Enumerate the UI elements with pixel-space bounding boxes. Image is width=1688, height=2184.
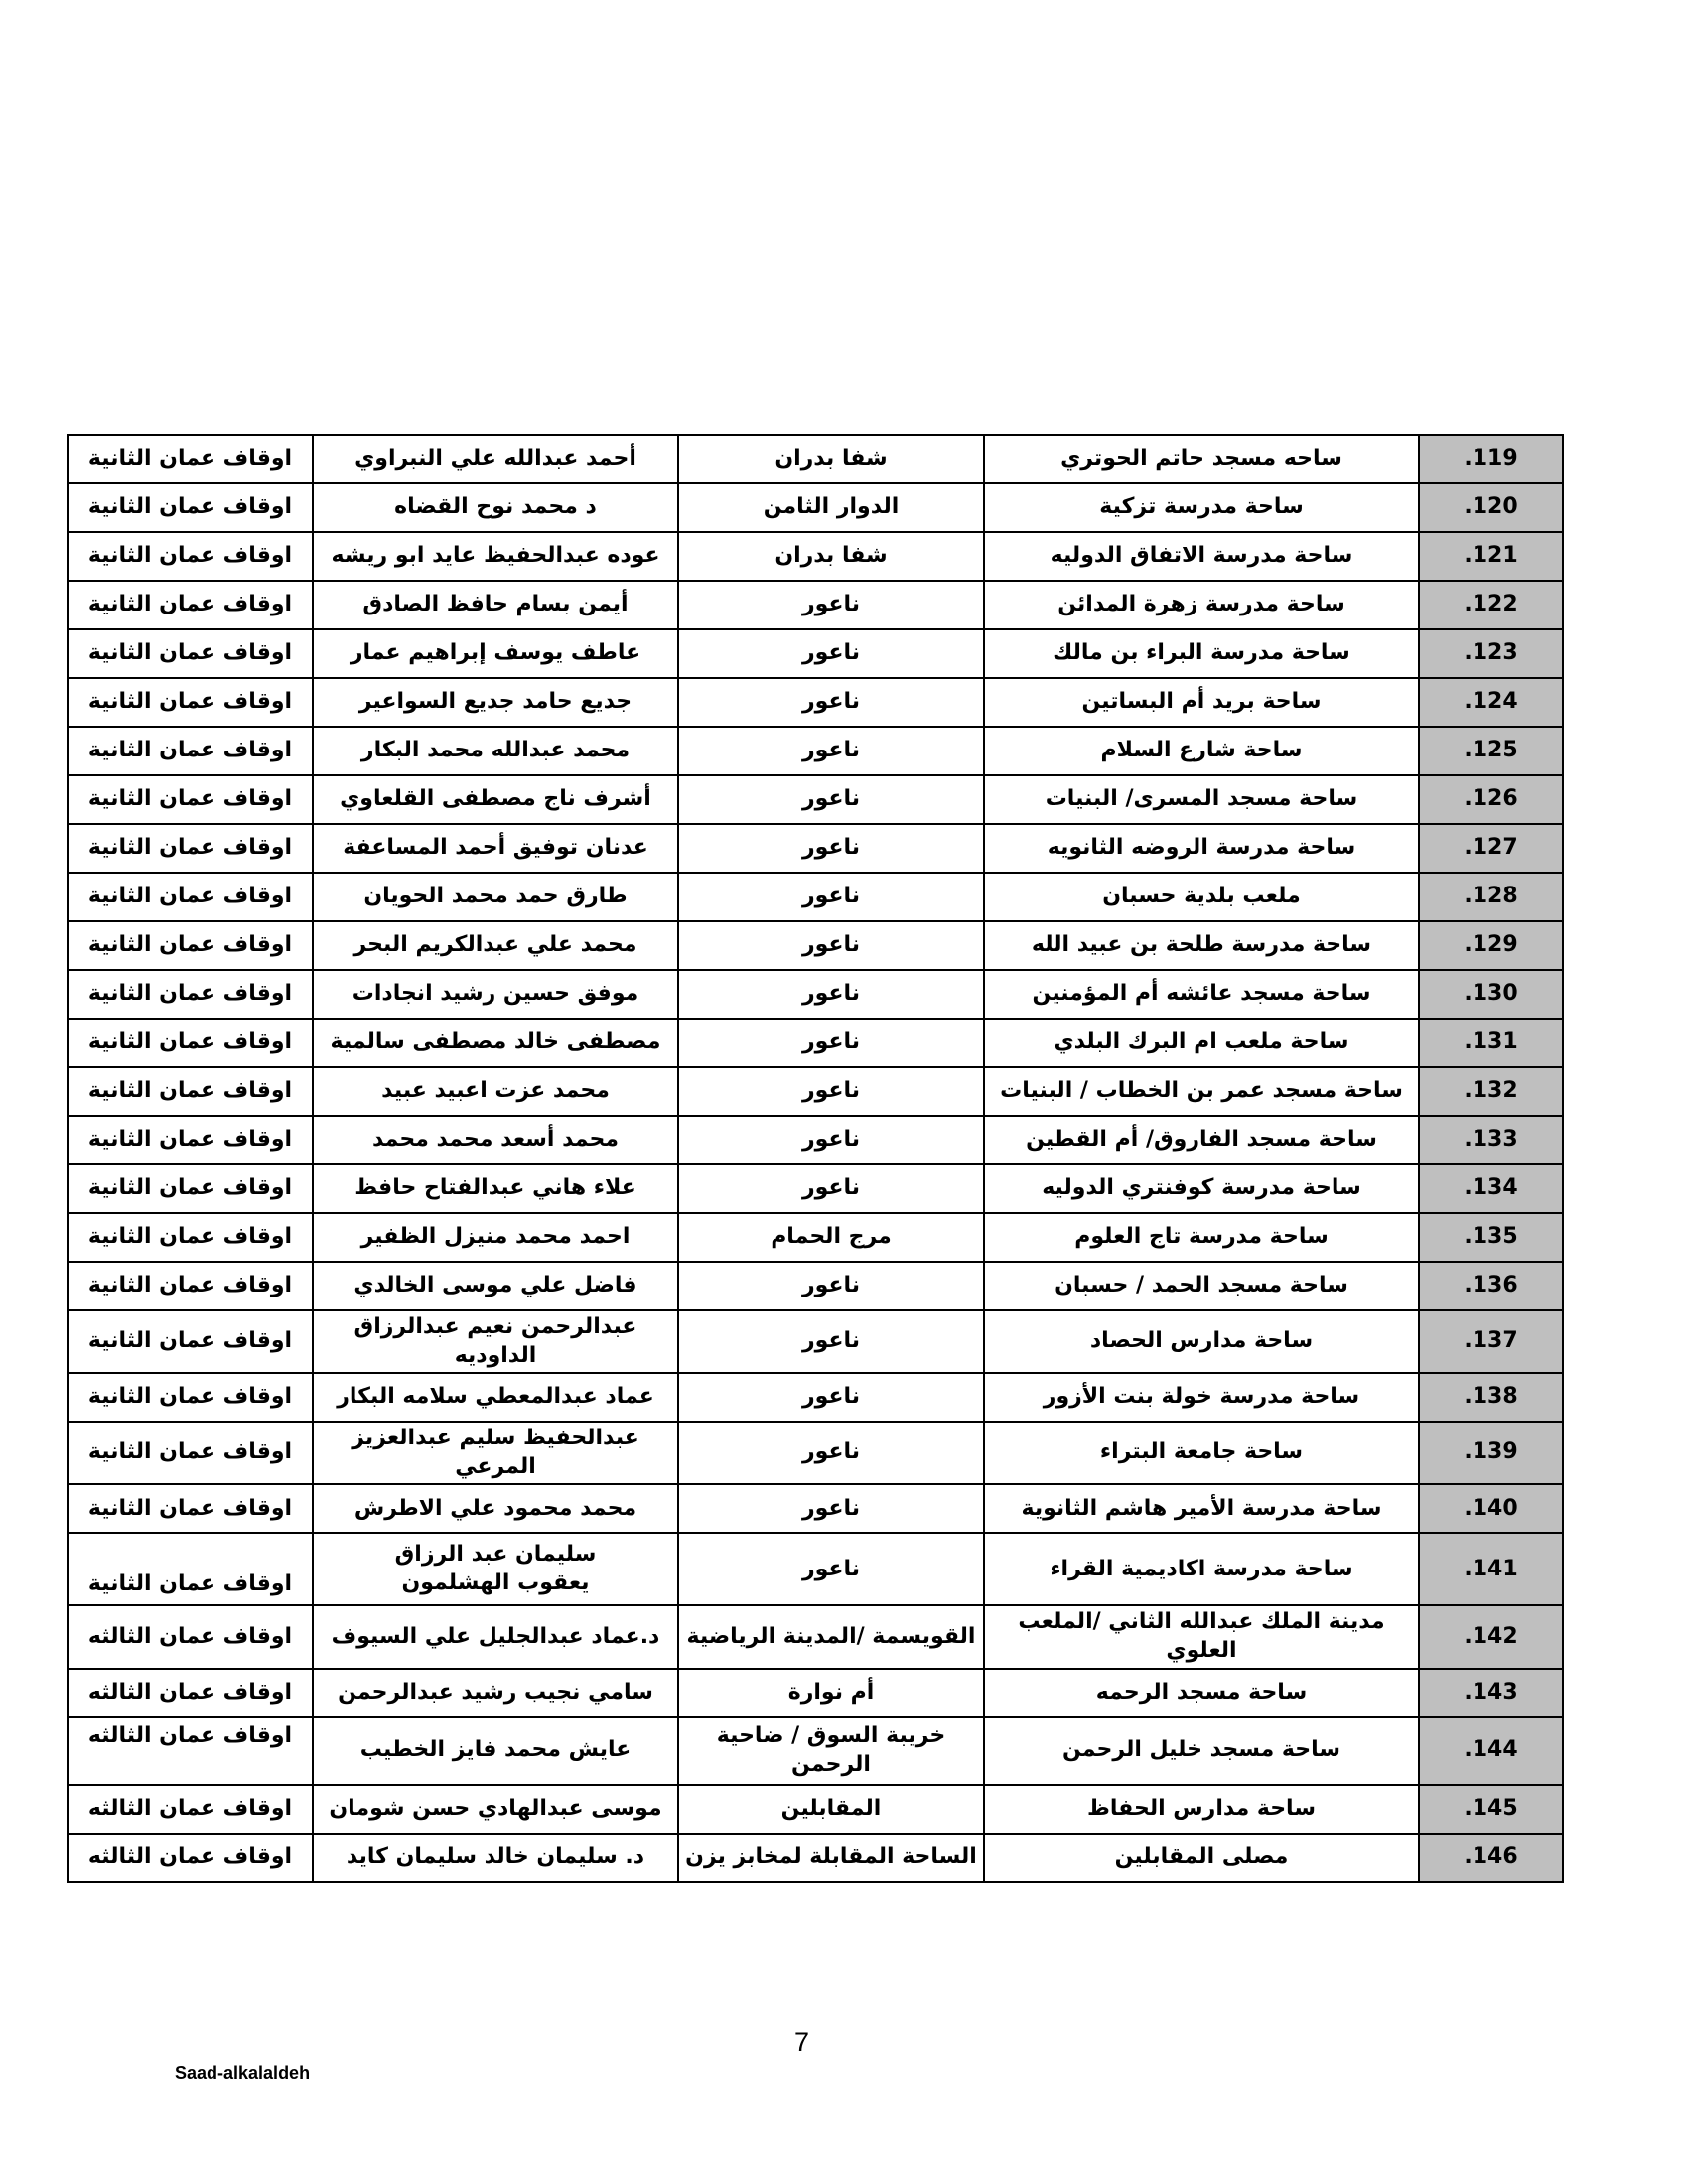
awqaf-directorate-cell: اوقاف عمان الثانية — [68, 435, 313, 483]
awqaf-directorate-cell: اوقاف عمان الثانية — [68, 824, 313, 873]
awqaf-directorate-cell: اوقاف عمان الثانية — [68, 1164, 313, 1213]
district-cell: ناعور — [678, 1484, 984, 1533]
person-name-cell: طارق حمد محمد الحويان — [313, 873, 678, 921]
person-name-cell: عاطف يوسف إبراهيم عمار — [313, 629, 678, 678]
district-cell: ناعور — [678, 581, 984, 629]
person-name-cell: فاضل علي موسى الخالدي — [313, 1262, 678, 1310]
person-name-cell: سامي نجيب رشيد عبدالرحمن — [313, 1669, 678, 1717]
awqaf-directorate-cell: اوقاف عمان الثانية — [68, 1422, 313, 1484]
district-cell: ناعور — [678, 1164, 984, 1213]
table-row: .124 ساحة بريد أم البساتين ناعور جديع حا… — [68, 678, 1563, 727]
table-row: .140 ساحة مدرسة الأمير هاشم الثانوية ناع… — [68, 1484, 1563, 1533]
place-name-cell: ساحة مدرسة كوفنتري الدوليه — [984, 1164, 1419, 1213]
place-name-cell: ساحة مسجد الرحمه — [984, 1669, 1419, 1717]
place-name-cell: ساحة مدرسة الأمير هاشم الثانوية — [984, 1484, 1419, 1533]
awqaf-directorate-cell: اوقاف عمان الثانية — [68, 1213, 313, 1262]
district-cell: ناعور — [678, 629, 984, 678]
person-name-cell: د محمد نوح القضاه — [313, 483, 678, 532]
place-name-cell: ساحة جامعة البتراء — [984, 1422, 1419, 1484]
row-number-cell: .142 — [1419, 1605, 1563, 1668]
table-row: .129 ساحة مدرسة طلحة بن عبيد الله ناعور … — [68, 921, 1563, 970]
place-name-cell: ساحة مدرسة الاتفاق الدوليه — [984, 532, 1419, 581]
place-name-cell: ساحة مسجد عمر بن الخطاب / البنيات — [984, 1067, 1419, 1116]
district-cell: ناعور — [678, 921, 984, 970]
place-name-cell: ساحة مدرسة زهرة المدائن — [984, 581, 1419, 629]
district-cell: ناعور — [678, 678, 984, 727]
row-number-cell: .145 — [1419, 1785, 1563, 1834]
table-row: .122 ساحة مدرسة زهرة المدائن ناعور أيمن … — [68, 581, 1563, 629]
place-name-cell: ساحة مدرسة خولة بنت الأزور — [984, 1373, 1419, 1422]
person-name-cell: علاء هاني عبدالفتاح حافظ — [313, 1164, 678, 1213]
row-number-cell: .136 — [1419, 1262, 1563, 1310]
row-number-cell: .144 — [1419, 1717, 1563, 1785]
awqaf-directorate-cell: اوقاف عمان الثانية — [68, 1533, 313, 1605]
row-number-cell: .133 — [1419, 1116, 1563, 1164]
table-row: .135 ساحة مدرسة تاج العلوم مرج الحمام اح… — [68, 1213, 1563, 1262]
table-row: .127 ساحة مدرسة الروضه الثانويه ناعور عد… — [68, 824, 1563, 873]
person-name-cell: محمد محمود علي الاطرش — [313, 1484, 678, 1533]
row-number-cell: .141 — [1419, 1533, 1563, 1605]
table-row: .128 ملعب بلدية حسبان ناعور طارق حمد محم… — [68, 873, 1563, 921]
district-cell: الدوار الثامن — [678, 483, 984, 532]
place-name-cell: ساحة مدرسة الروضه الثانويه — [984, 824, 1419, 873]
awqaf-directorate-cell: اوقاف عمان الثانية — [68, 483, 313, 532]
awqaf-directorate-cell: اوقاف عمان الثالثه — [68, 1605, 313, 1668]
awqaf-directorate-cell: اوقاف عمان الثانية — [68, 629, 313, 678]
table-row: .120 ساحة مدرسة تزكية الدوار الثامن د مح… — [68, 483, 1563, 532]
place-name-cell: ملعب بلدية حسبان — [984, 873, 1419, 921]
district-cell: ناعور — [678, 1533, 984, 1605]
table-row: .123 ساحة مدرسة البراء بن مالك ناعور عاط… — [68, 629, 1563, 678]
place-name-cell: ساحة مسجد خليل الرحمن — [984, 1717, 1419, 1785]
person-name-cell: جديع حامد جديع السواعير — [313, 678, 678, 727]
district-cell: شفا بدران — [678, 435, 984, 483]
row-number-cell: .121 — [1419, 532, 1563, 581]
row-number-cell: .125 — [1419, 727, 1563, 775]
row-number-cell: .124 — [1419, 678, 1563, 727]
awqaf-directorate-cell: اوقاف عمان الثانية — [68, 775, 313, 824]
awqaf-directorate-cell: اوقاف عمان الثانية — [68, 1484, 313, 1533]
place-name-cell: ساحة بريد أم البساتين — [984, 678, 1419, 727]
person-name-cell: عبدالرحمن نعيم عبدالرزاق الداوديه — [313, 1310, 678, 1373]
person-name-cell: مصطفى خالد مصطفى سالمية — [313, 1019, 678, 1067]
district-cell: مرج الحمام — [678, 1213, 984, 1262]
district-cell: ناعور — [678, 775, 984, 824]
awqaf-directorate-cell: اوقاف عمان الثالثه — [68, 1785, 313, 1834]
prayer-grounds-table: .119 ساحه مسجد حاتم الحوتري شفا بدران أح… — [67, 434, 1564, 1883]
place-name-cell: ساحة مدرسة تزكية — [984, 483, 1419, 532]
table-row: .145 ساحة مدارس الحفاظ المقابلين موسى عب… — [68, 1785, 1563, 1834]
district-cell: ناعور — [678, 1067, 984, 1116]
row-number-cell: .130 — [1419, 970, 1563, 1019]
row-number-cell: .122 — [1419, 581, 1563, 629]
awqaf-directorate-cell: اوقاف عمان الثانية — [68, 970, 313, 1019]
awqaf-directorate-cell: اوقاف عمان الثالثه — [68, 1834, 313, 1882]
place-name-cell: مصلى المقابلين — [984, 1834, 1419, 1882]
row-number-cell: .131 — [1419, 1019, 1563, 1067]
awqaf-directorate-cell: اوقاف عمان الثالثه — [68, 1717, 313, 1785]
table-row: .131 ساحة ملعب ام البرك البلدي ناعور مصط… — [68, 1019, 1563, 1067]
place-name-cell: ساحة مدرسة طلحة بن عبيد الله — [984, 921, 1419, 970]
district-cell: أم نوارة — [678, 1669, 984, 1717]
table-row: .136 ساحة مسجد الحمد / حسبان ناعور فاضل … — [68, 1262, 1563, 1310]
person-name-cell: موفق حسين رشيد انجادات — [313, 970, 678, 1019]
place-name-cell: ساحة مسجد المسرى/ البنيات — [984, 775, 1419, 824]
place-name-cell: ساحة مدرسة تاج العلوم — [984, 1213, 1419, 1262]
district-cell: ناعور — [678, 1116, 984, 1164]
place-name-cell: ساحة مدرسة البراء بن مالك — [984, 629, 1419, 678]
row-number-cell: .143 — [1419, 1669, 1563, 1717]
district-cell: الساحة المقابلة لمخابز يزن — [678, 1834, 984, 1882]
place-name-cell: ساحة مدرسة اكاديمية القراء — [984, 1533, 1419, 1605]
person-name-cell: عوده عبدالحفيظ عايد ابو ريشه — [313, 532, 678, 581]
row-number-cell: .119 — [1419, 435, 1563, 483]
row-number-cell: .135 — [1419, 1213, 1563, 1262]
table-row: .121 ساحة مدرسة الاتفاق الدوليه شفا بدرا… — [68, 532, 1563, 581]
row-number-cell: .126 — [1419, 775, 1563, 824]
table-row: .139 ساحة جامعة البتراء ناعور عبدالحفيظ … — [68, 1422, 1563, 1484]
district-cell: ناعور — [678, 1019, 984, 1067]
place-name-cell: ساحة شارع السلام — [984, 727, 1419, 775]
place-name-cell: ساحة ملعب ام البرك البلدي — [984, 1019, 1419, 1067]
awqaf-directorate-cell: اوقاف عمان الثانية — [68, 873, 313, 921]
person-name-cell: عبدالحفيظ سليم عبدالعزيز المرعي — [313, 1422, 678, 1484]
person-name-cell: محمد علي عبدالكريم البحر — [313, 921, 678, 970]
row-number-cell: .132 — [1419, 1067, 1563, 1116]
person-name-cell: موسى عبدالهادي حسن شومان — [313, 1785, 678, 1834]
person-name-cell: د.عماد عبدالجليل علي السيوف — [313, 1605, 678, 1668]
person-name-cell: احمد محمد منيزل الظفير — [313, 1213, 678, 1262]
row-number-cell: .123 — [1419, 629, 1563, 678]
awqaf-directorate-cell: اوقاف عمان الثانية — [68, 1310, 313, 1373]
table-row: .132 ساحة مسجد عمر بن الخطاب / البنيات ن… — [68, 1067, 1563, 1116]
table-row: .125 ساحة شارع السلام ناعور محمد عبدالله… — [68, 727, 1563, 775]
row-number-cell: .120 — [1419, 483, 1563, 532]
person-name-cell: أحمد عبدالله علي النبراوي — [313, 435, 678, 483]
row-number-cell: .138 — [1419, 1373, 1563, 1422]
awqaf-directorate-cell: اوقاف عمان الثانية — [68, 678, 313, 727]
district-cell: ناعور — [678, 727, 984, 775]
row-number-cell: .129 — [1419, 921, 1563, 970]
person-name-cell: محمد عزت اعبيد عبيد — [313, 1067, 678, 1116]
district-cell: شفا بدران — [678, 532, 984, 581]
table-row: .137 ساحة مدارس الحصاد ناعور عبدالرحمن ن… — [68, 1310, 1563, 1373]
district-cell: ناعور — [678, 824, 984, 873]
person-name-cell: أيمن بسام حافظ الصادق — [313, 581, 678, 629]
district-cell: ناعور — [678, 1373, 984, 1422]
row-number-cell: .139 — [1419, 1422, 1563, 1484]
person-name-cell: عدنان توفيق أحمد المساعفة — [313, 824, 678, 873]
row-number-cell: .146 — [1419, 1834, 1563, 1882]
row-number-cell: .137 — [1419, 1310, 1563, 1373]
person-name-cell: محمد أسعد محمد محمد — [313, 1116, 678, 1164]
place-name-cell: ساحة مدارس الحصاد — [984, 1310, 1419, 1373]
person-name-cell: أشرف ناج مصطفى القلعاوي — [313, 775, 678, 824]
person-name-cell: سليمان عبد الرزاق يعقوب الهشلمون — [313, 1533, 678, 1605]
place-name-cell: ساحة مسجد عائشه أم المؤمنين — [984, 970, 1419, 1019]
table-row: .130 ساحة مسجد عائشه أم المؤمنين ناعور م… — [68, 970, 1563, 1019]
person-name-cell: عماد عبدالمعطي سلامه البكار — [313, 1373, 678, 1422]
awqaf-directorate-cell: اوقاف عمان الثانية — [68, 532, 313, 581]
district-cell: ناعور — [678, 873, 984, 921]
page-number: 7 — [794, 2027, 809, 2058]
district-cell: القويسمة /المدينة الرياضية — [678, 1605, 984, 1668]
row-number-cell: .140 — [1419, 1484, 1563, 1533]
district-cell: خريبة السوق / ضاحية الرحمن — [678, 1717, 984, 1785]
district-cell: ناعور — [678, 1310, 984, 1373]
table-row: .144 ساحة مسجد خليل الرحمن خريبة السوق /… — [68, 1717, 1563, 1785]
footer-author-name: Saad-alkalaldeh — [175, 2063, 310, 2084]
awqaf-directorate-cell: اوقاف عمان الثانية — [68, 1262, 313, 1310]
awqaf-directorate-cell: اوقاف عمان الثالثه — [68, 1669, 313, 1717]
awqaf-directorate-cell: اوقاف عمان الثانية — [68, 1067, 313, 1116]
table-row: .142 مدينة الملك عبدالله الثاني /الملعب … — [68, 1605, 1563, 1668]
person-name-cell: عايش محمد فايز الخطيب — [313, 1717, 678, 1785]
table-row: .134 ساحة مدرسة كوفنتري الدوليه ناعور عل… — [68, 1164, 1563, 1213]
place-name-cell: ساحة مسجد الفاروق/ أم القطين — [984, 1116, 1419, 1164]
awqaf-directorate-cell: اوقاف عمان الثانية — [68, 581, 313, 629]
person-name-cell: د. سليمان خالد سليمان كايد — [313, 1834, 678, 1882]
place-name-cell: مدينة الملك عبدالله الثاني /الملعب العلو… — [984, 1605, 1419, 1668]
district-cell: المقابلين — [678, 1785, 984, 1834]
row-number-cell: .127 — [1419, 824, 1563, 873]
place-name-cell: ساحة مسجد الحمد / حسبان — [984, 1262, 1419, 1310]
table-row: .119 ساحه مسجد حاتم الحوتري شفا بدران أح… — [68, 435, 1563, 483]
table-row: .126 ساحة مسجد المسرى/ البنيات ناعور أشر… — [68, 775, 1563, 824]
district-cell: ناعور — [678, 970, 984, 1019]
district-cell: ناعور — [678, 1422, 984, 1484]
table-row: .138 ساحة مدرسة خولة بنت الأزور ناعور عم… — [68, 1373, 1563, 1422]
row-number-cell: .134 — [1419, 1164, 1563, 1213]
district-cell: ناعور — [678, 1262, 984, 1310]
row-number-cell: .128 — [1419, 873, 1563, 921]
awqaf-directorate-cell: اوقاف عمان الثانية — [68, 727, 313, 775]
place-name-cell: ساحه مسجد حاتم الحوتري — [984, 435, 1419, 483]
awqaf-directorate-cell: اوقاف عمان الثانية — [68, 1116, 313, 1164]
table-row: .133 ساحة مسجد الفاروق/ أم القطين ناعور … — [68, 1116, 1563, 1164]
table-row: .141 ساحة مدرسة اكاديمية القراء ناعور سل… — [68, 1533, 1563, 1605]
document-page: .119 ساحه مسجد حاتم الحوتري شفا بدران أح… — [0, 0, 1688, 2184]
place-name-cell: ساحة مدارس الحفاظ — [984, 1785, 1419, 1834]
table-row: .146 مصلى المقابلين الساحة المقابلة لمخا… — [68, 1834, 1563, 1882]
table-row: .143 ساحة مسجد الرحمه أم نوارة سامي نجيب… — [68, 1669, 1563, 1717]
awqaf-directorate-cell: اوقاف عمان الثانية — [68, 1019, 313, 1067]
person-name-cell: محمد عبدالله محمد البكار — [313, 727, 678, 775]
awqaf-directorate-cell: اوقاف عمان الثانية — [68, 1373, 313, 1422]
awqaf-directorate-cell: اوقاف عمان الثانية — [68, 921, 313, 970]
